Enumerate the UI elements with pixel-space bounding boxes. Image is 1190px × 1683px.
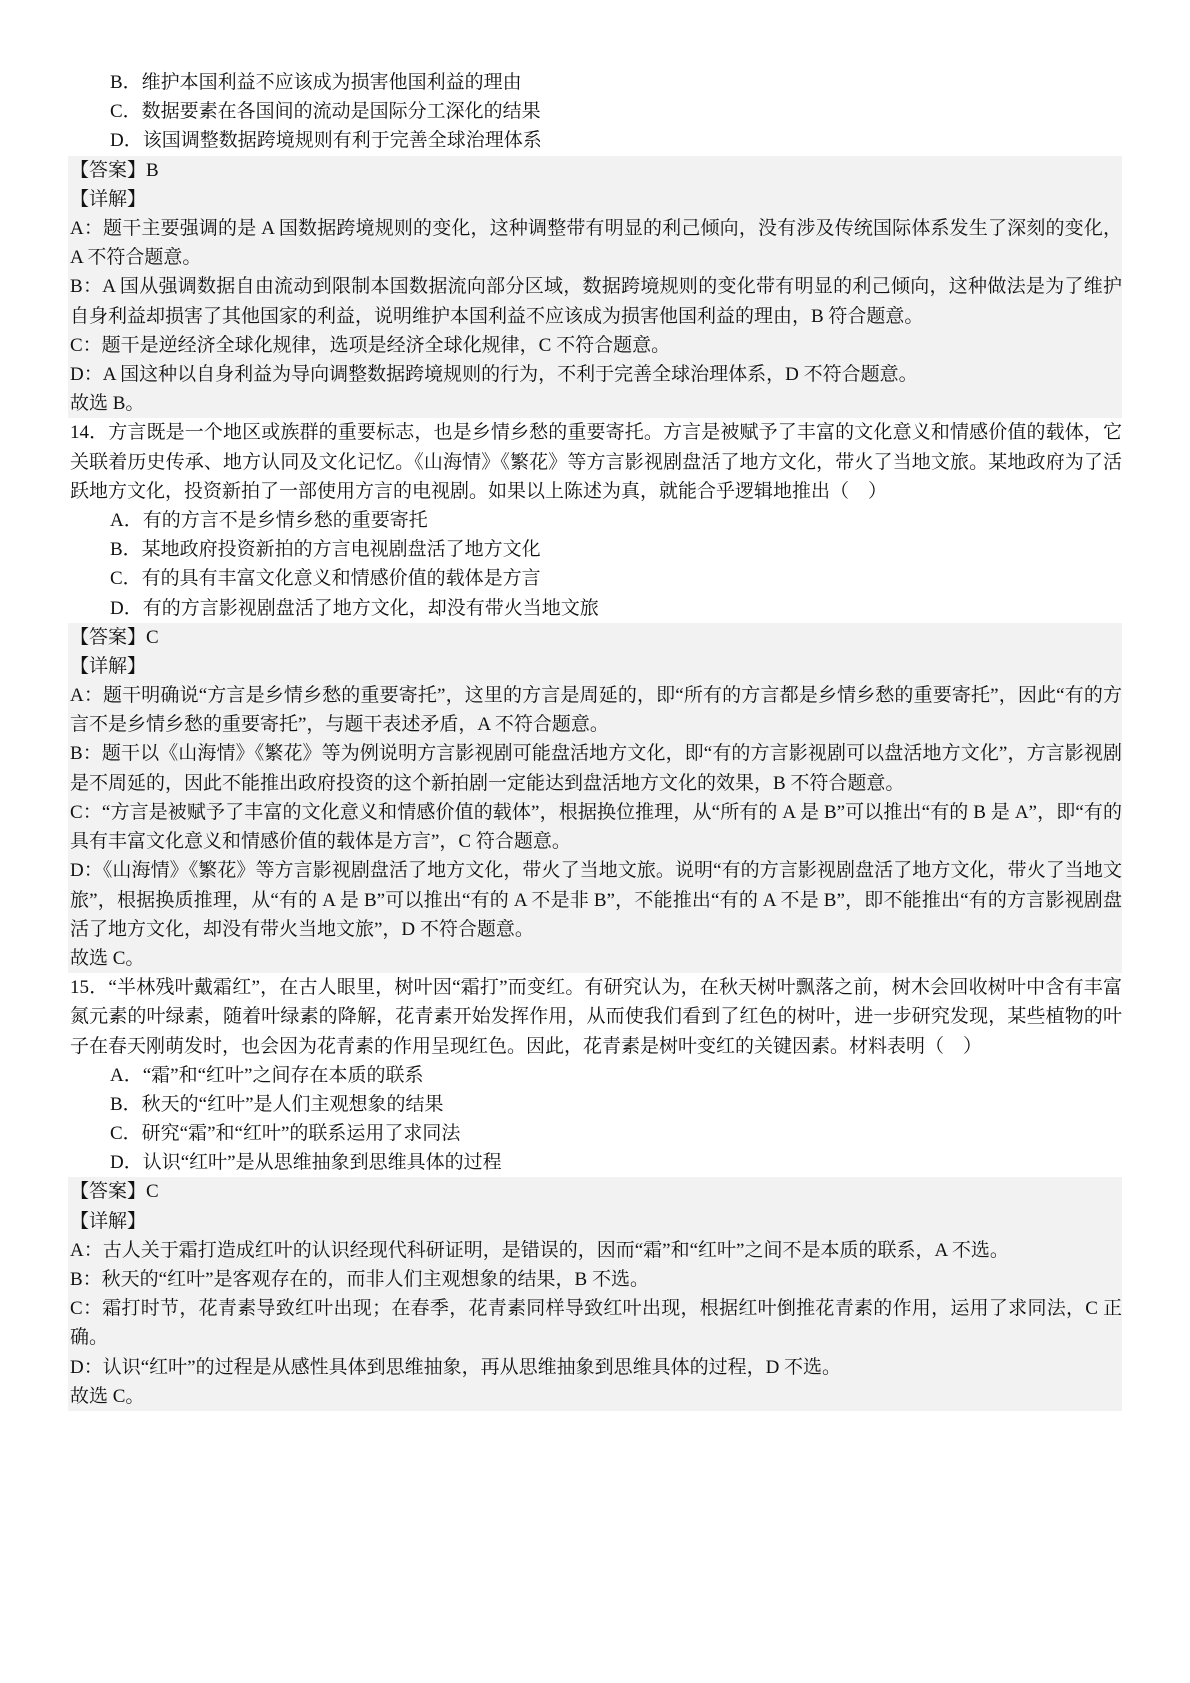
- option-d: D．认识“红叶”是从思维抽象到思维具体的过程: [68, 1148, 1122, 1177]
- document-page: B．维护本国利益不应该成为损害他国利益的理由 C．数据要素在各国间的流动是国际分…: [68, 68, 1122, 1411]
- explanation-a: A：题干明确说“方言是乡情乡愁的重要寄托”，这里的方言是周延的，即“所有的方言都…: [68, 681, 1122, 739]
- option-d: D．有的方言影视剧盘活了地方文化，却没有带火当地文旅: [68, 594, 1122, 623]
- option-c: C．研究“霜”和“红叶”的联系运用了求同法: [68, 1119, 1122, 1148]
- option-b: B．秋天的“红叶”是人们主观想象的结果: [68, 1090, 1122, 1119]
- detail-label: 【详解】: [68, 652, 1122, 681]
- option-d: D．该国调整数据跨境规则有利于完善全球治理体系: [68, 126, 1122, 155]
- question-stem: 14．方言既是一个地区或族群的重要标志，也是乡情乡愁的重要寄托。方言是被赋予了丰…: [68, 418, 1122, 506]
- option-b: B．某地政府投资新拍的方言电视剧盘活了地方文化: [68, 535, 1122, 564]
- explanation-d: D：A 国这种以自身利益为导向调整数据跨境规则的行为，不利于完善全球治理体系，D…: [68, 360, 1122, 389]
- answer-label: 【答案】B: [68, 156, 1122, 185]
- answer-block: 【答案】B 【详解】 A：题干主要强调的是 A 国数据跨境规则的变化，这种调整带…: [68, 156, 1122, 419]
- question-stem: 15．“半林残叶戴霜红”，在古人眼里，树叶因“霜打”而变红。有研究认为，在秋天树…: [68, 973, 1122, 1061]
- explanation-c: C：“方言是被赋予了丰富的文化意义和情感价值的载体”，根据换位推理，从“所有的 …: [68, 798, 1122, 856]
- explanation-a: A：题干主要强调的是 A 国数据跨境规则的变化，这种调整带有明显的利己倾向，没有…: [68, 214, 1122, 272]
- answer-block: 【答案】C 【详解】 A：古人关于霜打造成红叶的认识经现代科研证明，是错误的，因…: [68, 1177, 1122, 1411]
- option-a: A．有的方言不是乡情乡愁的重要寄托: [68, 506, 1122, 535]
- explanation-a: A：古人关于霜打造成红叶的认识经现代科研证明，是错误的，因而“霜”和“红叶”之间…: [68, 1236, 1122, 1265]
- detail-label: 【详解】: [68, 185, 1122, 214]
- conclusion: 故选 C。: [68, 1382, 1122, 1411]
- answer-block: 【答案】C 【详解】 A：题干明确说“方言是乡情乡愁的重要寄托”，这里的方言是周…: [68, 623, 1122, 973]
- explanation-b: B：秋天的“红叶”是客观存在的，而非人们主观想象的结果，B 不选。: [68, 1265, 1122, 1294]
- option-c: C．数据要素在各国间的流动是国际分工深化的结果: [68, 97, 1122, 126]
- conclusion: 故选 B。: [68, 389, 1122, 418]
- explanation-d: D：《山海情》《繁花》等方言影视剧盘活了地方文化，带火了当地文旅。说明“有的方言…: [68, 856, 1122, 944]
- option-a: A．“霜”和“红叶”之间存在本质的联系: [68, 1061, 1122, 1090]
- question-13: B．维护本国利益不应该成为损害他国利益的理由 C．数据要素在各国间的流动是国际分…: [68, 68, 1122, 418]
- answer-label: 【答案】C: [68, 1177, 1122, 1206]
- explanation-b: B：题干以《山海情》《繁花》等为例说明方言影视剧可能盘活地方文化，即“有的方言影…: [68, 739, 1122, 797]
- explanation-d: D：认识“红叶”的过程是从感性具体到思维抽象，再从思维抽象到思维具体的过程，D …: [68, 1353, 1122, 1382]
- option-b: B．维护本国利益不应该成为损害他国利益的理由: [68, 68, 1122, 97]
- conclusion: 故选 C。: [68, 944, 1122, 973]
- option-c: C．有的具有丰富文化意义和情感价值的载体是方言: [68, 564, 1122, 593]
- explanation-c: C：霜打时节，花青素导致红叶出现；在春季，花青素同样导致红叶出现，根据红叶倒推花…: [68, 1294, 1122, 1352]
- detail-label: 【详解】: [68, 1207, 1122, 1236]
- explanation-b: B：A 国从强调数据自由流动到限制本国数据流向部分区域，数据跨境规则的变化带有明…: [68, 272, 1122, 330]
- question-15: 15．“半林残叶戴霜红”，在古人眼里，树叶因“霜打”而变红。有研究认为，在秋天树…: [68, 973, 1122, 1411]
- question-14: 14．方言既是一个地区或族群的重要标志，也是乡情乡愁的重要寄托。方言是被赋予了丰…: [68, 418, 1122, 973]
- answer-label: 【答案】C: [68, 623, 1122, 652]
- explanation-c: C：题干是逆经济全球化规律，选项是经济全球化规律，C 不符合题意。: [68, 331, 1122, 360]
